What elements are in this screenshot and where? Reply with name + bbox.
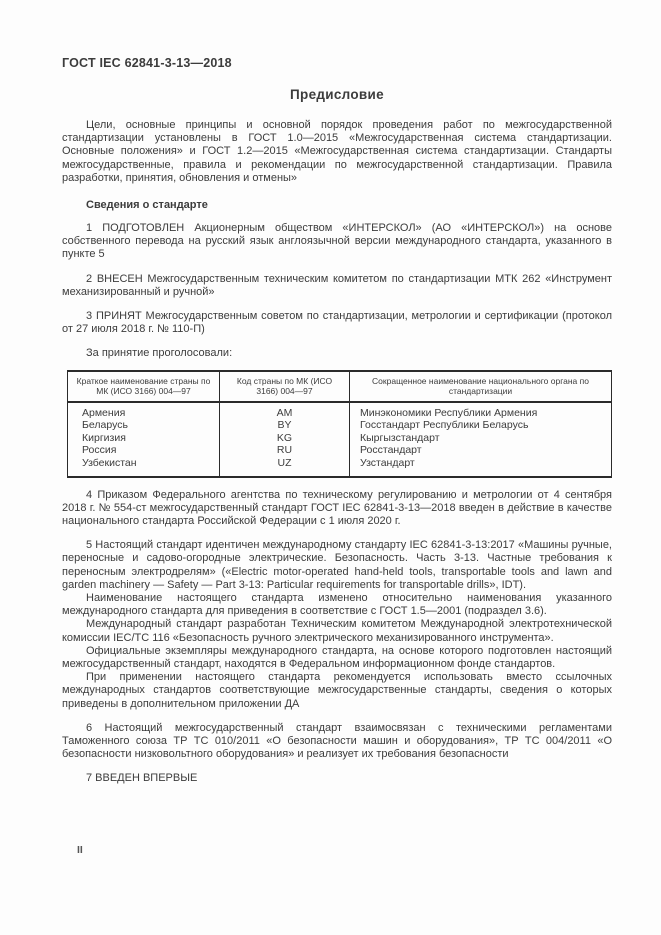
item-5-paragraph: 5 Настоящий стандарт идентичен междунаро… (62, 539, 612, 592)
table-cell: Госстандарт Республики Беларусь (360, 419, 611, 432)
vote-table: Краткое наименование страны по МК (ИСО 3… (67, 370, 612, 478)
foreword-intro-paragraph: Цели, основные принципы и основной поряд… (62, 119, 612, 185)
vote-table-column-code: AM BY KG RU UZ (220, 403, 350, 476)
standard-info-item-7: 7 ВВЕДЕН ВПЕРВЫЕ (62, 772, 612, 785)
table-cell: KG (220, 432, 349, 445)
item-5-paragraph: При применении настоящего стандарта реко… (62, 671, 612, 711)
vote-lead-text: За принятие проголосовали: (62, 347, 612, 360)
standard-info-item-1: 1 ПОДГОТОВЛЕН Акционерным обществом «ИНТ… (62, 222, 612, 262)
table-cell: Минэкономики Республики Армения (360, 407, 611, 420)
vote-table-column-country: Армения Беларусь Киргизия Россия Узбекис… (68, 403, 220, 476)
vote-table-column-org: Минэкономики Республики Армения Госстанд… (350, 403, 611, 476)
table-cell: BY (220, 419, 349, 432)
vote-table-header-country: Краткое наименование страны по МК (ИСО 3… (68, 372, 220, 403)
table-cell: Узстандарт (360, 457, 611, 470)
standard-info-item-2: 2 ВНЕСЕН Межгосударственным техническим … (62, 273, 612, 299)
table-cell: AM (220, 407, 349, 420)
vote-table-header-code: Код страны по МК (ИСО 3166) 004—97 (220, 372, 350, 403)
table-cell: Россия (82, 444, 219, 457)
table-cell: Росстандарт (360, 444, 611, 457)
table-cell: Армения (82, 407, 219, 420)
standard-info-heading: Сведения о стандарте (62, 199, 612, 211)
page-title: Предисловие (62, 87, 612, 102)
item-5-paragraph: Официальные экземпляры международного ст… (62, 645, 612, 671)
item-5-paragraph: Международный стандарт разработан Технич… (62, 618, 612, 644)
page-number: II (77, 844, 83, 856)
table-cell: Кыргызстандарт (360, 432, 611, 445)
table-cell: Беларусь (82, 419, 219, 432)
table-cell: RU (220, 444, 349, 457)
item-5-paragraph: Наименование настоящего стандарта измене… (62, 592, 612, 618)
standard-info-item-3: 3 ПРИНЯТ Межгосударственным советом по с… (62, 310, 612, 336)
standard-info-item-5: 5 Настоящий стандарт идентичен междунаро… (62, 539, 612, 711)
vote-table-header-org: Сокращенное наименование национального о… (350, 372, 611, 403)
table-cell: Узбекистан (82, 457, 219, 470)
table-cell: UZ (220, 457, 349, 470)
doc-code: ГОСТ IEC 62841-3-13—2018 (62, 56, 612, 70)
standard-info-item-6: 6 Настоящий межгосударственный стандарт … (62, 722, 612, 762)
standard-info-item-4: 4 Приказом Федерального агентства по тех… (62, 489, 612, 529)
table-cell: Киргизия (82, 432, 219, 445)
page-content: ГОСТ IEC 62841-3-13—2018 Предисловие Цел… (62, 56, 612, 786)
document-page: ГОСТ IEC 62841-3-13—2018 Предисловие Цел… (0, 0, 661, 935)
